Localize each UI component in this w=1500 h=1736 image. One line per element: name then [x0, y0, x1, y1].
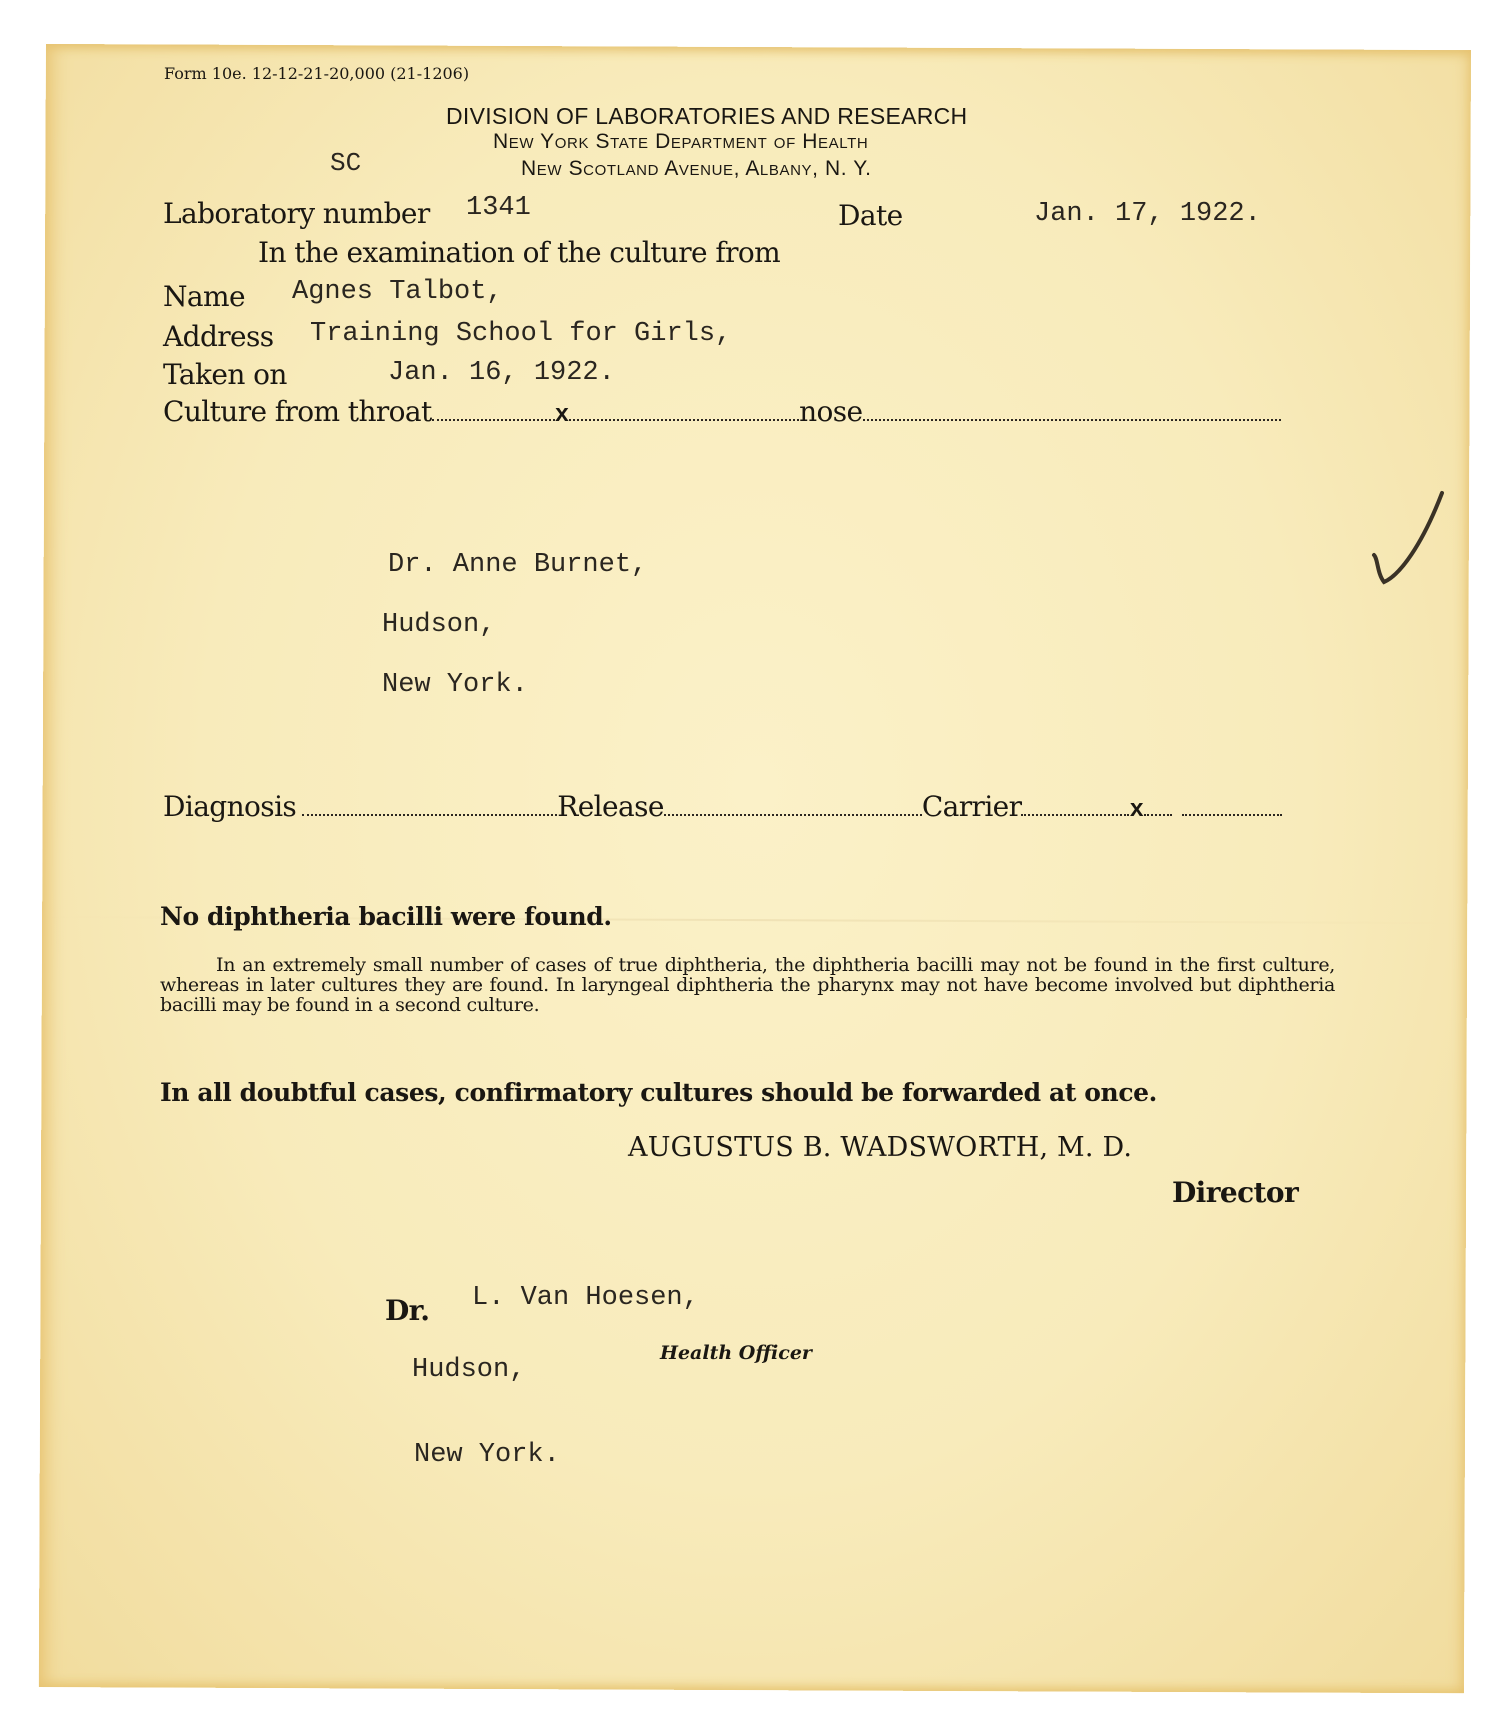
release-blank — [664, 814, 922, 816]
culture-label: Culture from throat — [163, 395, 432, 428]
nose-blank — [863, 419, 1281, 421]
carrier-mark: x — [1129, 797, 1143, 824]
carrier-label: Carrier — [922, 790, 1022, 823]
throat-mark: x — [555, 402, 569, 429]
diagnosis-blank — [302, 814, 557, 816]
result-headline: No diphtheria bacilli were found. — [160, 902, 612, 931]
recipient-city: Hudson, — [382, 610, 495, 640]
health-officer-state: New York. — [414, 1440, 560, 1470]
division-title: DIVISION OF LABORATORIES AND RESEARCH — [446, 103, 967, 130]
carrier-blank — [1021, 814, 1129, 816]
advice-line: In all doubtful cases, confirmatory cult… — [160, 1078, 1157, 1107]
carrier-blank-3 — [1182, 814, 1282, 816]
address-label: Address — [163, 320, 274, 353]
exam-intro: In the examination of the culture from — [258, 236, 780, 269]
diagnosis-label: Diagnosis — [163, 790, 296, 823]
form-id: Form 10e. 12-12-21-20,000 (21-1206) — [164, 64, 469, 83]
date-label: Date — [838, 199, 903, 232]
result-fields-line: DiagnosisReleaseCarrierx — [163, 790, 1323, 824]
health-officer-city: Hudson, — [412, 1355, 525, 1385]
health-officer-prefix: Dr. — [385, 1294, 429, 1327]
release-label: Release — [557, 790, 664, 823]
department-title: New York State Department of Health — [493, 130, 868, 154]
date-value: Jan. 17, 1922. — [1034, 199, 1261, 229]
director-title: Director — [1172, 1176, 1298, 1209]
lab-number-label: Laboratory number — [163, 197, 430, 230]
department-address: New Scotland Avenue, Albany, N. Y. — [521, 157, 872, 181]
result-paragraph: In an extremely small number of cases of… — [160, 955, 1335, 1015]
health-officer-title: Health Officer — [660, 1342, 812, 1364]
culture-line: Culture from throatxnose — [163, 395, 1323, 429]
taken-on-label: Taken on — [163, 358, 287, 391]
recipient-line-1: Dr. Anne Burnet, — [388, 550, 647, 580]
taken-on-value: Jan. 16, 1922. — [388, 358, 615, 388]
recipient-state: New York. — [382, 670, 528, 700]
throat-blank-2 — [569, 419, 799, 421]
director-name: AUGUSTUS B. WADSWORTH, M. D. — [628, 1132, 1132, 1163]
name-label: Name — [163, 280, 245, 313]
health-officer-name: L. Van Hoesen, — [472, 1283, 699, 1313]
carrier-blank-2 — [1144, 814, 1172, 816]
recipient-name: Dr. Anne Burnet, — [388, 550, 647, 580]
checkmark-icon — [1360, 485, 1460, 595]
throat-blank — [432, 419, 555, 421]
initials-stamp: SC — [330, 148, 361, 178]
name-value: Agnes Talbot, — [292, 277, 503, 307]
nose-label: nose — [799, 395, 862, 428]
document-paper — [39, 44, 1471, 1693]
lab-number-value: 1341 — [466, 193, 531, 223]
address-value: Training School for Girls, — [310, 319, 731, 349]
